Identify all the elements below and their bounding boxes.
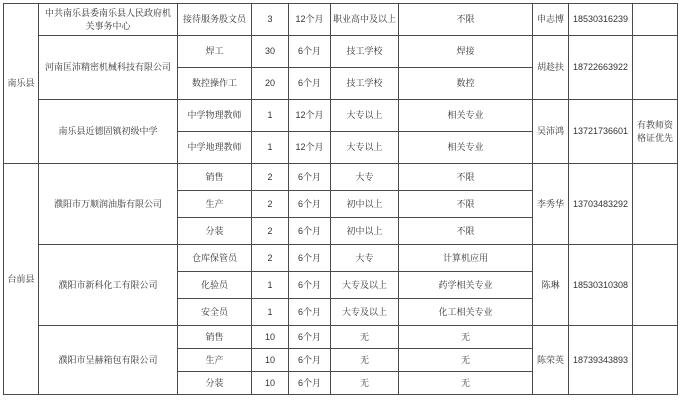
cell-duration: 6个月 (289, 299, 331, 326)
cell-education: 无 (331, 372, 399, 395)
cell-education: 无 (331, 349, 399, 372)
cell-phone: 18739343893 (569, 326, 633, 395)
cell-position: 仓库保管员 (178, 245, 252, 272)
table-row: 南乐县近德固镇初级中学 中学物理教师 1 12个月 大专以上 相关专业 吴沛鸿 … (4, 100, 678, 132)
cell-position: 焊工 (178, 36, 252, 68)
cell-remark (633, 164, 678, 245)
cell-phone: 13721736601 (569, 100, 633, 164)
cell-company: 濮阳市新科化工有限公司 (39, 245, 178, 326)
cell-major: 无 (399, 349, 533, 372)
cell-remark: 有教师资格证优先 (633, 100, 678, 164)
cell-position: 分装 (178, 372, 252, 395)
cell-county: 南乐县 (4, 4, 39, 164)
cell-county: 台前县 (4, 164, 39, 395)
cell-education: 初中以上 (331, 191, 399, 218)
cell-duration: 12个月 (289, 132, 331, 164)
cell-education: 大专及以上 (331, 272, 399, 299)
cell-major: 不限 (399, 4, 533, 36)
cell-education: 无 (331, 326, 399, 349)
cell-major: 无 (399, 372, 533, 395)
cell-duration: 6个月 (289, 164, 331, 191)
cell-company: 濮阳市万顺润油脂有限公司 (39, 164, 178, 245)
cell-major: 计算机应用 (399, 245, 533, 272)
cell-position: 分装 (178, 218, 252, 245)
cell-count: 2 (252, 218, 289, 245)
cell-count: 10 (252, 372, 289, 395)
cell-duration: 6个月 (289, 191, 331, 218)
cell-company: 濮阳市呈赫箱包有限公司 (39, 326, 178, 395)
cell-remark (633, 326, 678, 395)
cell-duration: 12个月 (289, 100, 331, 132)
table-row: 濮阳市新科化工有限公司 仓库保管员 2 6个月 大专 计算机应用 陈琳 1853… (4, 245, 678, 272)
cell-position: 中学物理教师 (178, 100, 252, 132)
cell-remark (633, 36, 678, 100)
cell-position: 接待服务股文员 (178, 4, 252, 36)
cell-company: 南乐县近德固镇初级中学 (39, 100, 178, 164)
cell-major: 无 (399, 326, 533, 349)
table-row: 河南匡沛精密机械科技有限公司 焊工 30 6个月 技工学校 焊接 胡趁扶 187… (4, 36, 678, 68)
cell-major: 数控 (399, 68, 533, 100)
cell-count: 2 (252, 245, 289, 272)
cell-count: 2 (252, 191, 289, 218)
cell-duration: 6个月 (289, 349, 331, 372)
cell-duration: 6个月 (289, 68, 331, 100)
cell-education: 大专以上 (331, 100, 399, 132)
cell-education: 初中以上 (331, 218, 399, 245)
cell-position: 安全员 (178, 299, 252, 326)
cell-position: 化验员 (178, 272, 252, 299)
cell-phone: 18530310308 (569, 245, 633, 326)
cell-position: 数控操作工 (178, 68, 252, 100)
cell-count: 20 (252, 68, 289, 100)
cell-position: 生产 (178, 191, 252, 218)
cell-count: 30 (252, 36, 289, 68)
cell-duration: 12个月 (289, 4, 331, 36)
page: 南乐县 中共南乐县委南乐县人民政府机关事务中心 接待服务股文员 3 12个月 职… (0, 0, 680, 410)
cell-education: 技工学校 (331, 36, 399, 68)
cell-education: 大专及以上 (331, 299, 399, 326)
cell-major: 不限 (399, 164, 533, 191)
cell-count: 10 (252, 326, 289, 349)
cell-duration: 6个月 (289, 36, 331, 68)
cell-major: 相关专业 (399, 100, 533, 132)
cell-duration: 6个月 (289, 272, 331, 299)
cell-contact: 陈荣英 (533, 326, 569, 395)
cell-count: 1 (252, 132, 289, 164)
cell-major: 药学相关专业 (399, 272, 533, 299)
cell-duration: 6个月 (289, 326, 331, 349)
cell-remark (633, 4, 678, 36)
cell-duration: 6个月 (289, 372, 331, 395)
cell-position: 生产 (178, 349, 252, 372)
cell-major: 不限 (399, 191, 533, 218)
cell-count: 10 (252, 349, 289, 372)
cell-position: 销售 (178, 326, 252, 349)
cell-company: 中共南乐县委南乐县人民政府机关事务中心 (39, 4, 178, 36)
cell-education: 大专 (331, 245, 399, 272)
cell-count: 3 (252, 4, 289, 36)
cell-major: 化工相关专业 (399, 299, 533, 326)
cell-major: 焊接 (399, 36, 533, 68)
cell-education: 职业高中及以上 (331, 4, 399, 36)
cell-contact: 陈琳 (533, 245, 569, 326)
cell-count: 2 (252, 164, 289, 191)
cell-phone: 18530316239 (569, 4, 633, 36)
recruitment-table: 南乐县 中共南乐县委南乐县人民政府机关事务中心 接待服务股文员 3 12个月 职… (3, 3, 678, 395)
table-row: 台前县 濮阳市万顺润油脂有限公司 销售 2 6个月 大专 不限 李秀华 1370… (4, 164, 678, 191)
cell-phone: 18722663922 (569, 36, 633, 100)
cell-count: 1 (252, 100, 289, 132)
cell-count: 1 (252, 299, 289, 326)
cell-count: 1 (252, 272, 289, 299)
cell-major: 不限 (399, 218, 533, 245)
cell-contact: 胡趁扶 (533, 36, 569, 100)
cell-phone: 13703483292 (569, 164, 633, 245)
cell-contact: 李秀华 (533, 164, 569, 245)
cell-education: 大专 (331, 164, 399, 191)
cell-education: 大专以上 (331, 132, 399, 164)
cell-duration: 6个月 (289, 218, 331, 245)
cell-major: 相关专业 (399, 132, 533, 164)
cell-company: 河南匡沛精密机械科技有限公司 (39, 36, 178, 100)
cell-contact: 吴沛鸿 (533, 100, 569, 164)
cell-contact: 申志博 (533, 4, 569, 36)
cell-duration: 6个月 (289, 245, 331, 272)
cell-education: 技工学校 (331, 68, 399, 100)
table-row: 濮阳市呈赫箱包有限公司 销售 10 6个月 无 无 陈荣英 1873934389… (4, 326, 678, 349)
cell-position: 销售 (178, 164, 252, 191)
cell-remark (633, 245, 678, 326)
cell-position: 中学地理教师 (178, 132, 252, 164)
table-row: 南乐县 中共南乐县委南乐县人民政府机关事务中心 接待服务股文员 3 12个月 职… (4, 4, 678, 36)
